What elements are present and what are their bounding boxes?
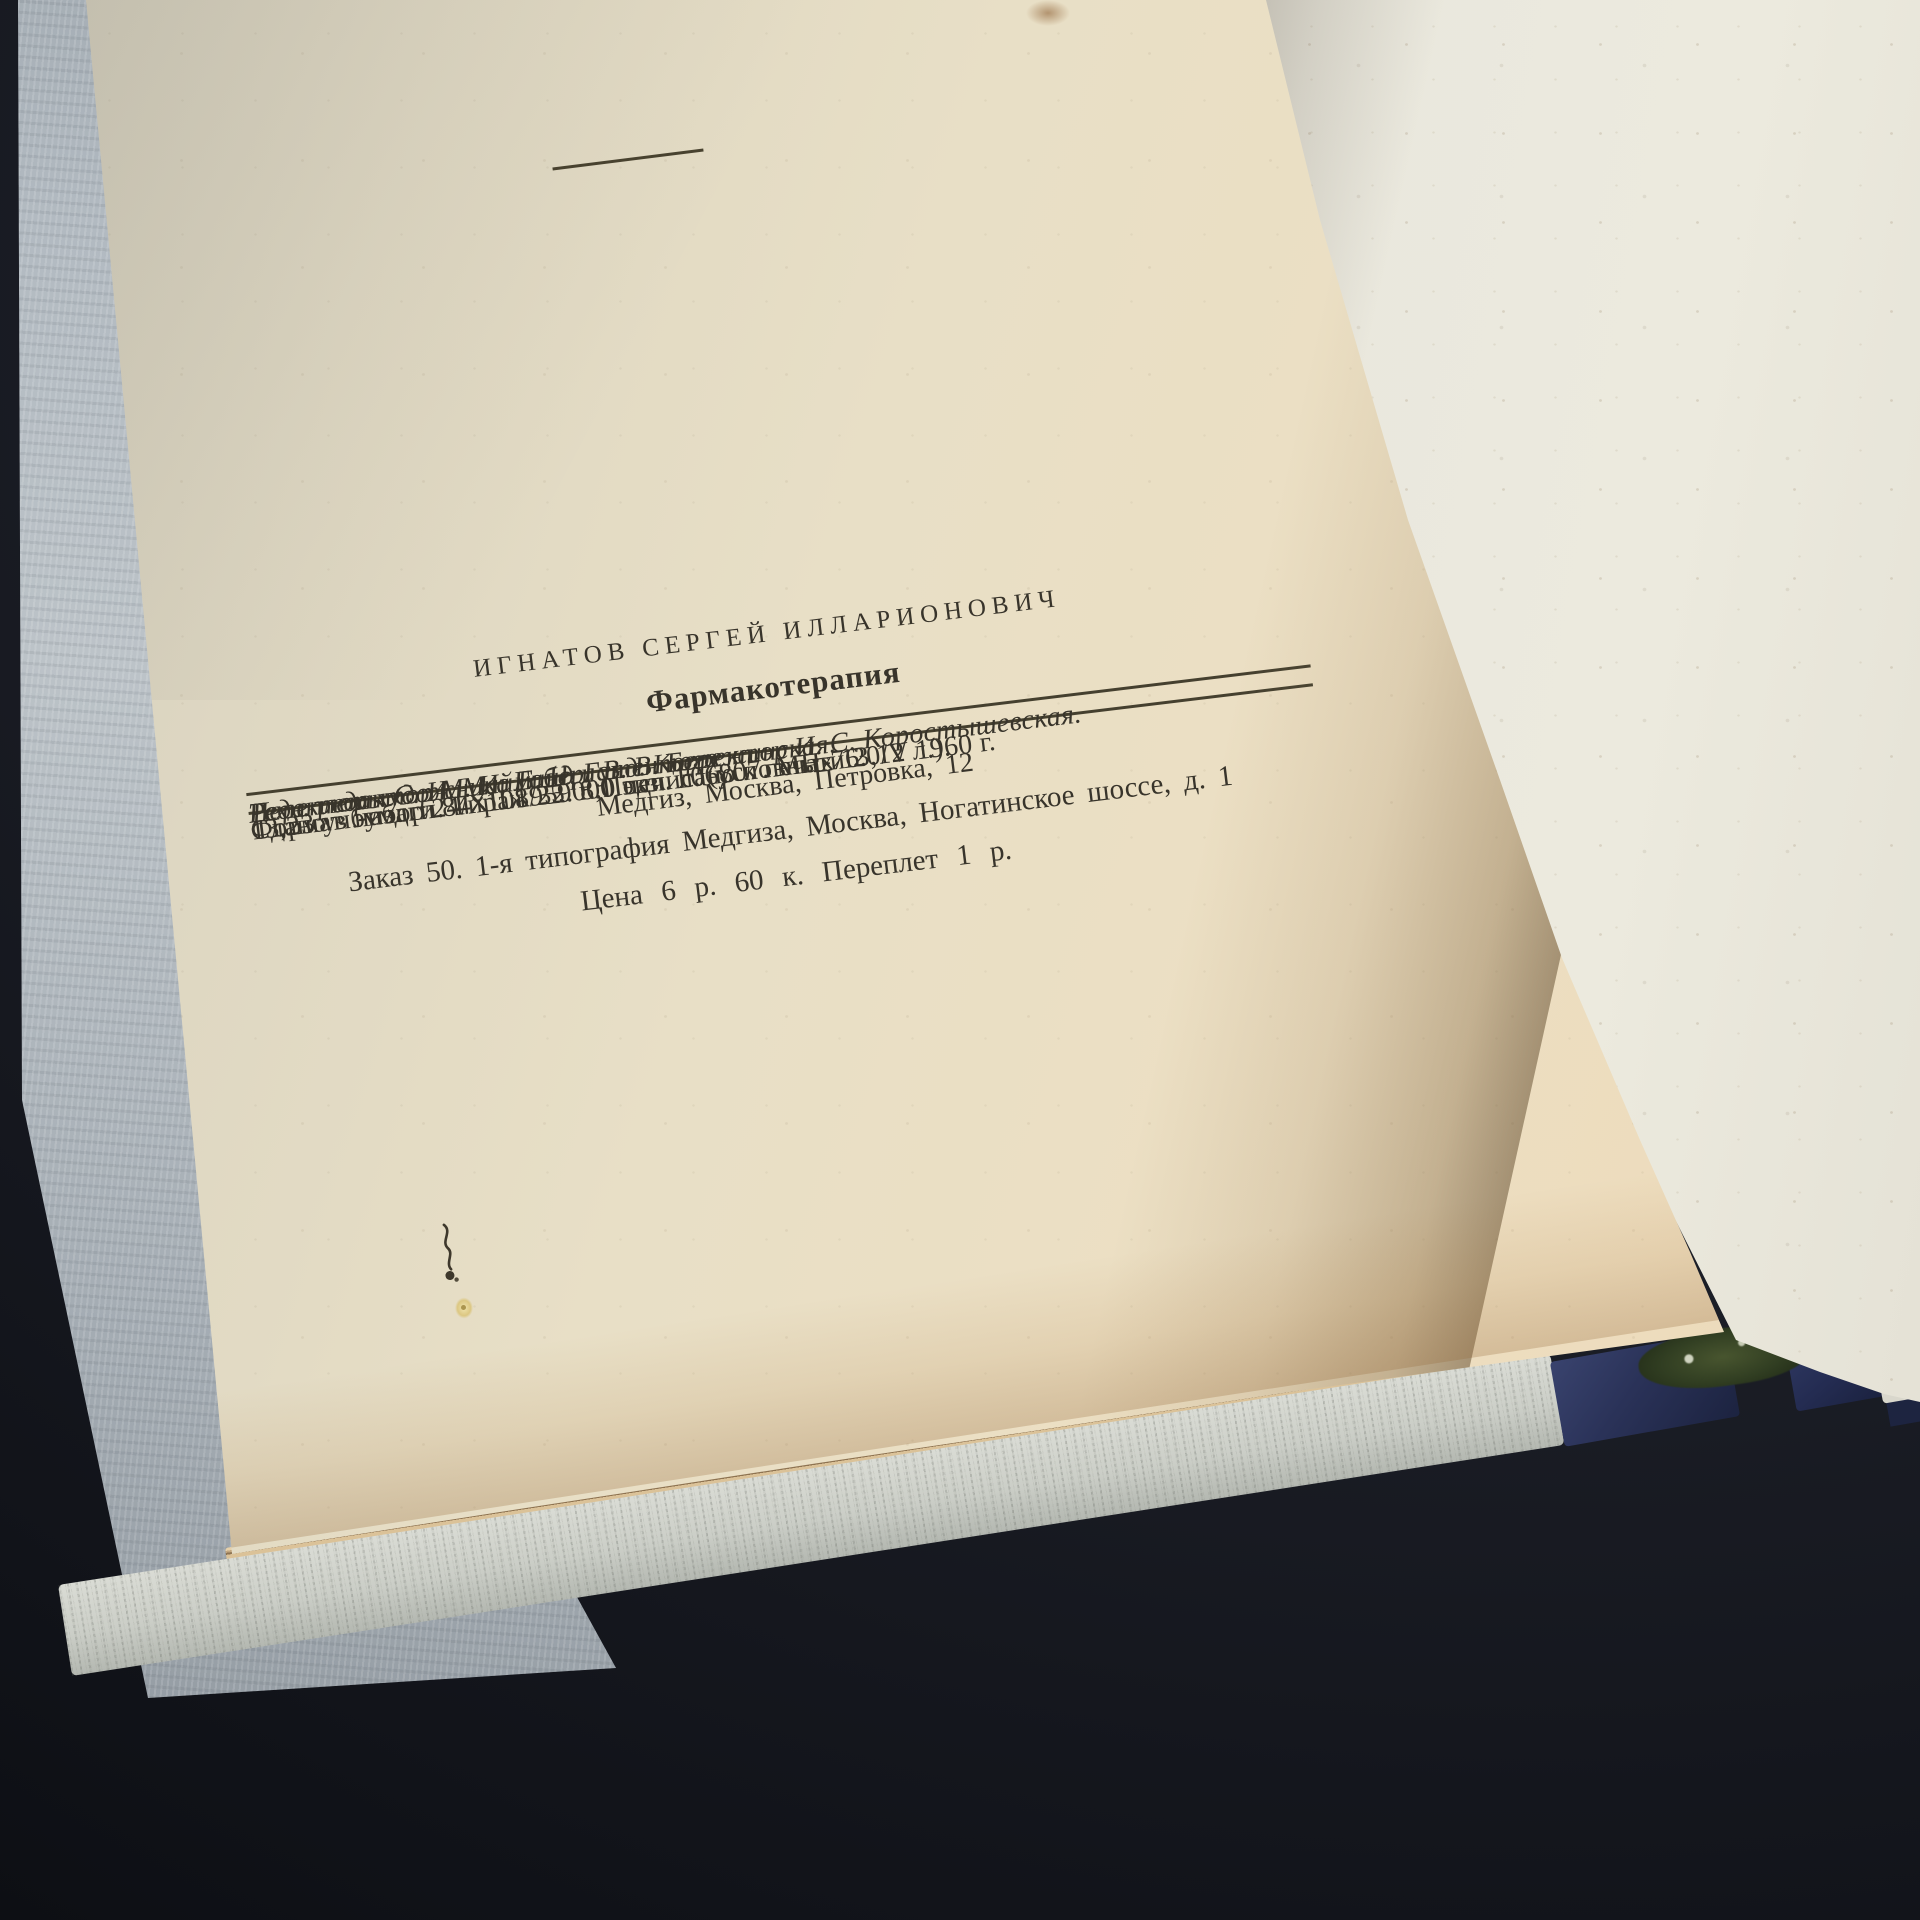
wax-stain-spot [452, 1294, 476, 1322]
book-photo-scene: 8.лениях ичебных учреждени9. Приказ по М… [0, 0, 1920, 1920]
smudge-stain [1026, 0, 1070, 26]
